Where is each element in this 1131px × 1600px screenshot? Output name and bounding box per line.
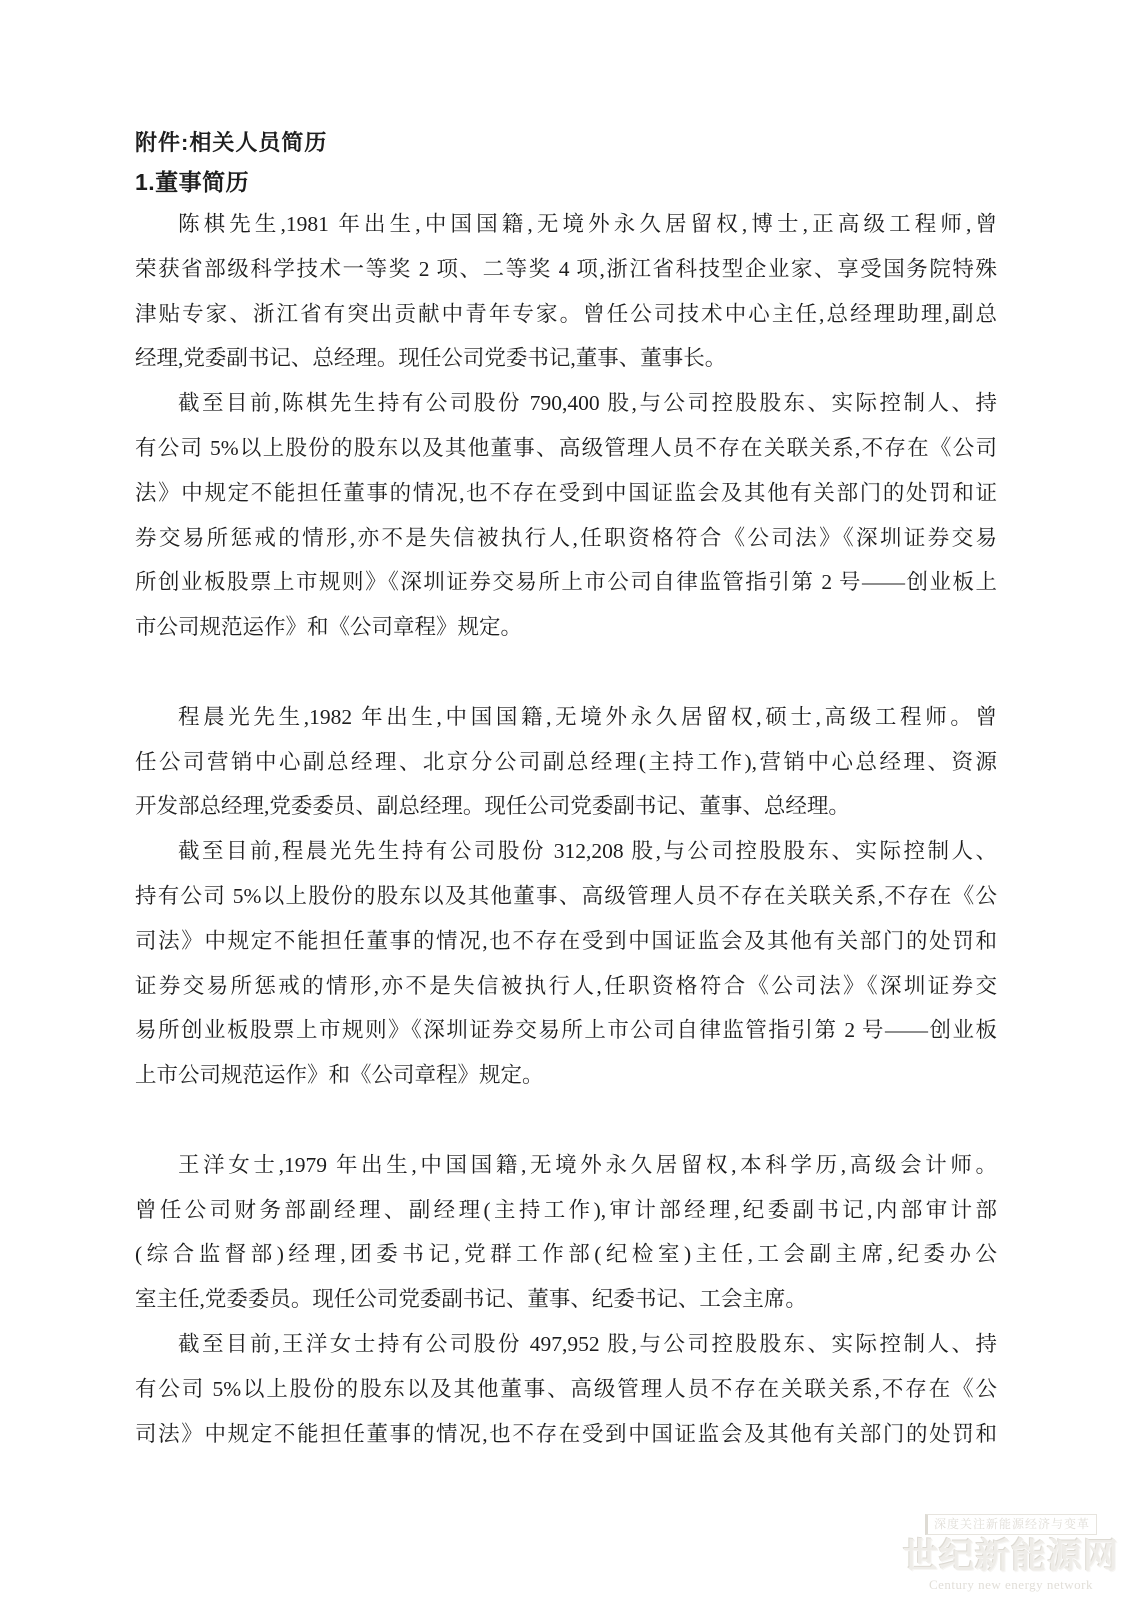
para-chenqi-bio: 陈棋先生,1981 年出生,中国国籍,无境外永久居留权,博士,正高级工程师,曾荣… (135, 202, 997, 381)
text-line: 市公司规范运作》和《公司章程》规定。 (135, 605, 997, 650)
text-line: 所创业板股票上市规则》《深圳证券交易所上市公司自律监管指引第 2 号——创业板上 (135, 560, 997, 605)
text-line: 法》中规定不能担任董事的情况,也不存在受到中国证监会及其他有关部门的处罚和证 (135, 471, 997, 516)
text-line: 有公司 5%以上股份的股东以及其他董事、高级管理人员不存在关联关系,不存在《公司 (135, 426, 997, 471)
text-line: 券交易所惩戒的情形,亦不是失信被执行人,任职资格符合《公司法》《深圳证券交易 (135, 516, 997, 561)
text-line: 司法》中规定不能担任董事的情况,也不存在受到中国证监会及其他有关部门的处罚和 (135, 919, 997, 964)
text-line: 有公司 5%以上股份的股东以及其他董事、高级管理人员不存在关联关系,不存在《公 (135, 1367, 997, 1412)
text-line: 证券交易所惩戒的情形,亦不是失信被执行人,任职资格符合《公司法》《深圳证券交 (135, 964, 997, 1009)
text-line: 曾任公司财务部副经理、副经理(主持工作),审计部经理,纪委副书记,内部审计部 (135, 1188, 997, 1233)
text-line: 易所创业板股票上市规则》《深圳证券交易所上市公司自律监管指引第 2 号——创业板 (135, 1008, 997, 1053)
document-body: 陈棋先生,1981 年出生,中国国籍,无境外永久居留权,博士,正高级工程师,曾荣… (135, 202, 997, 1456)
watermark: 深度关注新能源经济与变革 世纪新能源网 Century new energy n… (898, 1514, 1124, 1593)
watermark-subtitle: Century new energy network (898, 1577, 1124, 1593)
text-line: (综合监督部)经理,团委书记,党群工作部(纪检室)主任,工会副主席,纪委办公 (135, 1232, 997, 1277)
section-heading-directors: 1.董事简历 (135, 163, 997, 202)
text-line: 荣获省部级科学技术一等奖 2 项、二等奖 4 项,浙江省科技型企业家、享受国务院… (135, 247, 997, 292)
para-chengchenguang-holdings: 截至目前,程晨光先生持有公司股份 312,208 股,与公司控股股东、实际控制人… (135, 829, 997, 1098)
text-line: 截至目前,王洋女士持有公司股份 497,952 股,与公司控股股东、实际控制人、… (135, 1322, 997, 1367)
text-line: 王洋女士,1979 年出生,中国国籍,无境外永久居留权,本科学历,高级会计师。 (135, 1143, 997, 1188)
text-line: 截至目前,陈棋先生持有公司股份 790,400 股,与公司控股股东、实际控制人、… (135, 381, 997, 426)
attachment-title: 附件:相关人员简历 (135, 123, 997, 163)
text-line: 经理,党委副书记、总经理。现任公司党委书记,董事、董事长。 (135, 336, 997, 381)
text-line: 陈棋先生,1981 年出生,中国国籍,无境外永久居留权,博士,正高级工程师,曾 (135, 202, 997, 247)
text-line: 司法》中规定不能担任董事的情况,也不存在受到中国证监会及其他有关部门的处罚和 (135, 1412, 997, 1457)
text-line: 津贴专家、浙江省有突出贡献中青年专家。曾任公司技术中心主任,总经理助理,副总 (135, 292, 997, 337)
para-chenqi-holdings: 截至目前,陈棋先生持有公司股份 790,400 股,与公司控股股东、实际控制人、… (135, 381, 997, 650)
text-line: 开发部总经理,党委委员、副总经理。现任公司党委副书记、董事、总经理。 (135, 784, 997, 829)
para-wangyang-bio: 王洋女士,1979 年出生,中国国籍,无境外永久居留权,本科学历,高级会计师。曾… (135, 1143, 997, 1322)
text-line: 上市公司规范运作》和《公司章程》规定。 (135, 1053, 997, 1098)
para-wangyang-holdings: 截至目前,王洋女士持有公司股份 497,952 股,与公司控股股东、实际控制人、… (135, 1322, 997, 1456)
watermark-tagline: 深度关注新能源经济与变革 (925, 1514, 1097, 1535)
watermark-brand: 世纪新能源网 (898, 1537, 1124, 1577)
text-line: 任公司营销中心副总经理、北京分公司副总经理(主持工作),营销中心总经理、资源 (135, 740, 997, 785)
document-page: 附件:相关人员简历 1.董事简历 陈棋先生,1981 年出生,中国国籍,无境外永… (0, 0, 1131, 1600)
text-line: 持有公司 5%以上股份的股东以及其他董事、高级管理人员不存在关联关系,不存在《公 (135, 874, 997, 919)
text-line: 程晨光先生,1982 年出生,中国国籍,无境外永久居留权,硕士,高级工程师。曾 (135, 695, 997, 740)
text-line: 室主任,党委委员。现任公司党委副书记、董事、纪委书记、工会主席。 (135, 1277, 997, 1322)
text-line: 截至目前,程晨光先生持有公司股份 312,208 股,与公司控股股东、实际控制人… (135, 829, 997, 874)
para-chengchenguang-bio: 程晨光先生,1982 年出生,中国国籍,无境外永久居留权,硕士,高级工程师。曾任… (135, 695, 997, 829)
